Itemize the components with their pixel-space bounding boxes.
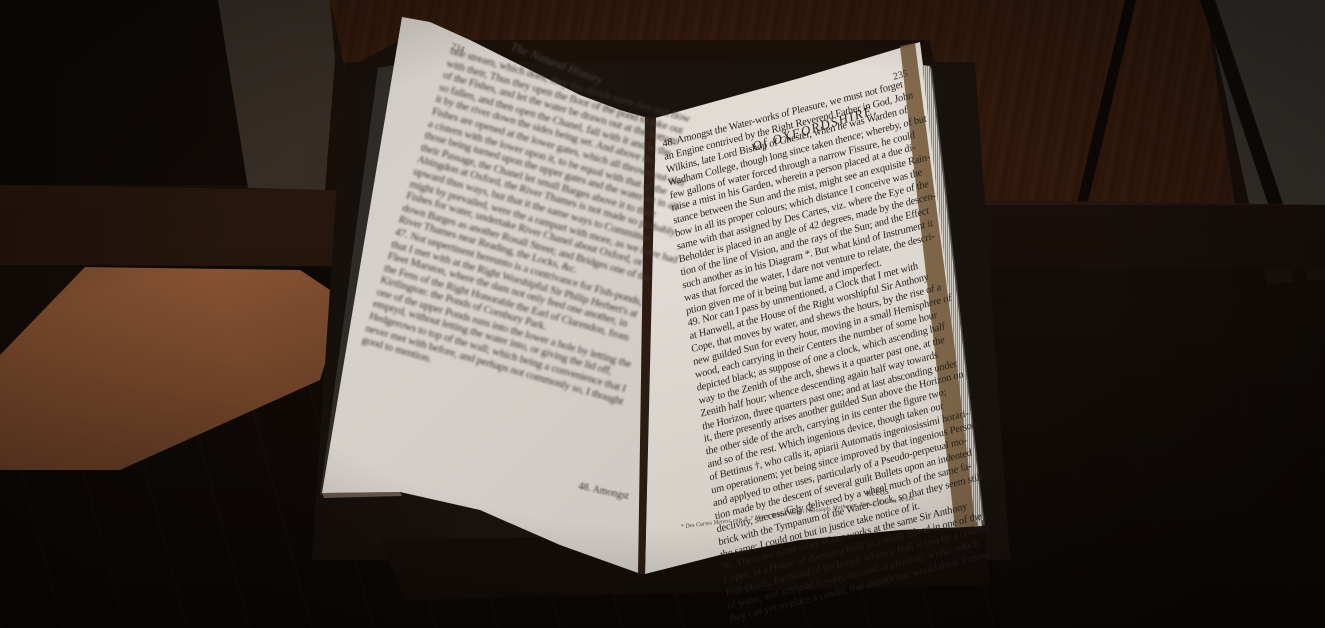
vignette-overlay [0, 0, 1325, 628]
